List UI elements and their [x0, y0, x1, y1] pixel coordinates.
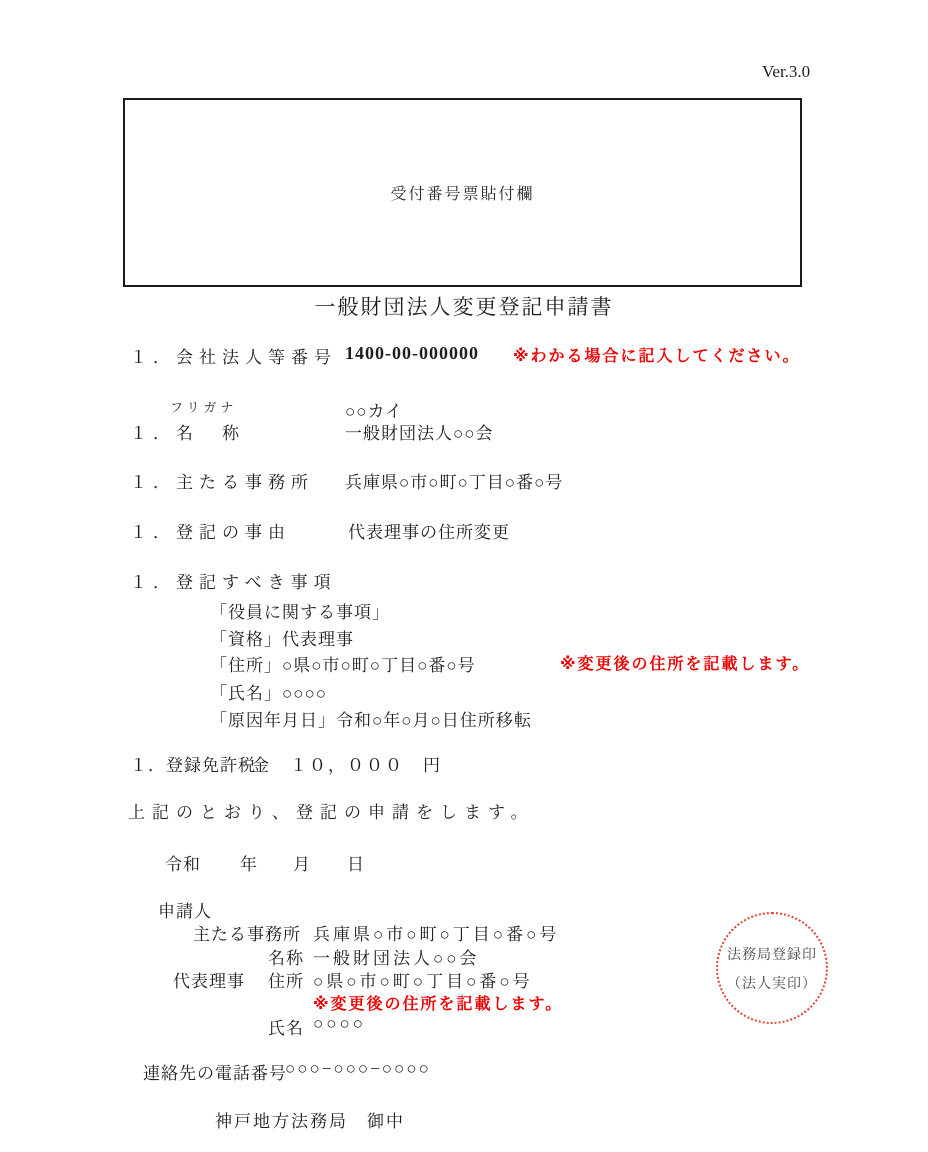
applicant-name-value: 一般財団法人○○会 [313, 944, 480, 969]
matters-item-5: 「原因年月日」令和○年○月○日住所移転 [210, 706, 532, 731]
representative-label: 代表理事 [173, 967, 245, 992]
representative-address-label: 住所 [268, 967, 304, 992]
application-statement: 上記のとおり、登記の申請をします。 [128, 798, 535, 823]
corp-number-value: 1400-00-000000 [345, 343, 479, 364]
receipt-number-sticker-box: 受付番号票貼付欄 [123, 98, 802, 287]
furigana-label: フリガナ [170, 397, 237, 416]
registration-application-document: Ver.3.0 受付番号票貼付欄 一般財団法人変更登記申請書 １．会社法人等番号… [0, 0, 928, 1152]
applicant-office-label: 主たる事務所 [193, 920, 301, 945]
representative-address-value: ○県○市○町○丁目○番○号 [313, 967, 533, 992]
date-day: 日 [347, 850, 365, 875]
matters-item-3: 「住所」○県○市○町○丁目○番○号 [210, 651, 476, 676]
reason-label: １．登記の事由 [130, 518, 291, 543]
representative-shimei-value: ○○○○ [313, 1014, 366, 1034]
phone-row: 連絡先の電話番号 ○○○−○○○−○○○○ [0, 1059, 928, 1085]
office-label: １．主たる事務所 [130, 468, 314, 493]
applicant-office-value: 兵庫県○市○町○丁目○番○号 [313, 920, 559, 945]
tax-label: １．登録免許税 [130, 751, 256, 776]
matters-item-4: 「氏名」○○○○ [210, 679, 327, 704]
office-value: 兵庫県○市○町○丁目○番○号 [345, 468, 563, 493]
date-month: 月 [293, 850, 311, 875]
representative-shimei-label: 氏名 [268, 1014, 304, 1039]
matters-item-row: 「役員に関する事項」 [0, 598, 928, 624]
date-year: 年 [240, 850, 258, 875]
seal-line1: 法務局登録印 [727, 944, 817, 964]
name-label: １．名 称 [130, 419, 245, 444]
reason-value: 代表理事の住所変更 [348, 518, 510, 543]
destination-office: 神戸地方法務局 御中 [215, 1107, 405, 1132]
matters-item-row: 「氏名」○○○○ [0, 679, 928, 705]
phone-value: ○○○−○○○−○○○○ [285, 1059, 431, 1079]
name-value: 一般財団法人○○会 [345, 419, 494, 444]
destination-row: 神戸地方法務局 御中 [0, 1107, 928, 1133]
seal-line2: （法人実印） [727, 973, 817, 993]
statement-row: 上記のとおり、登記の申請をします。 [0, 798, 928, 824]
corp-number-label: １．会社法人等番号 [130, 343, 337, 368]
representative-address-note: ※変更後の住所を記載します。 [313, 991, 563, 1014]
matters-heading-row: １．登記すべき事項 [0, 568, 928, 594]
matters-item-row: 「資格」代表理事 [0, 625, 928, 651]
name-row: １．名 称 一般財団法人○○会 [0, 419, 928, 445]
matters-label: １．登記すべき事項 [130, 568, 337, 593]
matters-item-row: 「住所」○県○市○町○丁目○番○号 ※変更後の住所を記載します。 [0, 651, 928, 677]
matters-item-1: 「役員に関する事項」 [210, 598, 390, 623]
phone-label: 連絡先の電話番号 [143, 1059, 287, 1084]
receipt-box-label: 受付番号票貼付欄 [390, 181, 534, 204]
applicant-name-label: 名称 [268, 944, 304, 969]
tax-row: １．登録免許税 金 １０，０００ 円 [0, 751, 928, 777]
corp-number-note: ※わかる場合に記入してください。 [513, 343, 801, 366]
matters-address-note: ※変更後の住所を記載します。 [560, 651, 810, 674]
date-era: 令和 [165, 850, 201, 875]
registration-seal-circle: 法務局登録印 （法人実印） [716, 912, 828, 1024]
corp-number-row: １．会社法人等番号 1400-00-000000 ※わかる場合に記入してください… [0, 343, 928, 369]
matters-item-2: 「資格」代表理事 [210, 625, 354, 650]
applicant-heading: 申請人 [158, 897, 212, 922]
matters-item-row: 「原因年月日」令和○年○月○日住所移転 [0, 706, 928, 732]
version-label: Ver.3.0 [762, 62, 810, 82]
document-title: 一般財団法人変更登記申請書 [0, 291, 928, 321]
reason-row: １．登記の事由 代表理事の住所変更 [0, 518, 928, 544]
office-row: １．主たる事務所 兵庫県○市○町○丁目○番○号 [0, 468, 928, 494]
tax-value: 金 １０，０００ 円 [252, 751, 442, 776]
date-row: 令和 年 月 日 [0, 850, 928, 876]
